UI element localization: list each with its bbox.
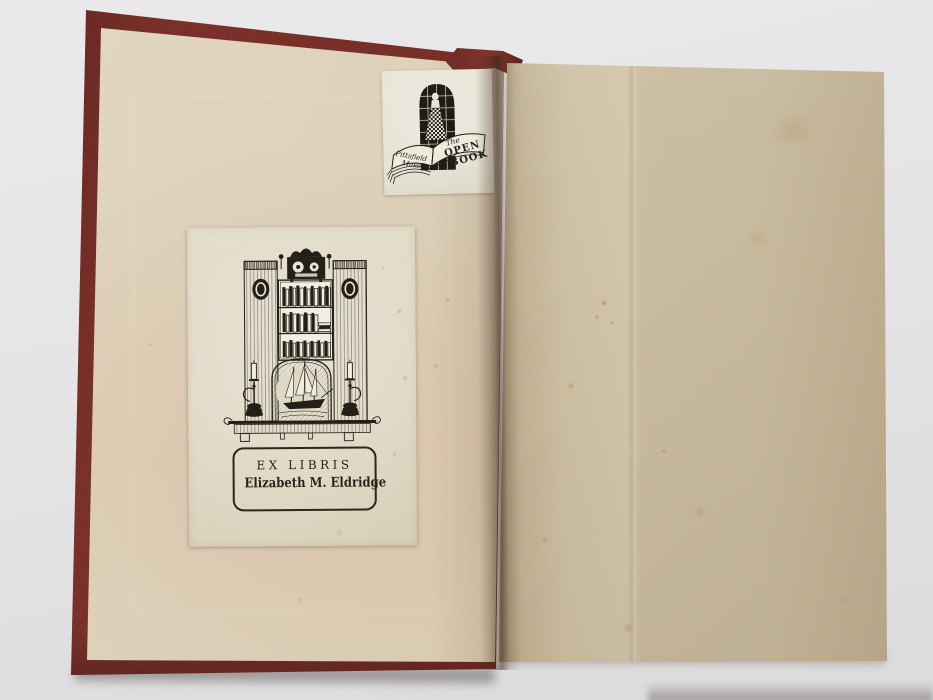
ex-libris-bookplate: EX LIBRIS Elizabeth M. Eldridge [187,226,417,547]
book-gutter [475,56,520,670]
bookplate-foxing [187,226,417,547]
photo-open-antique-book: The OPEN BOOK Pittsfield Mass [0,0,933,700]
